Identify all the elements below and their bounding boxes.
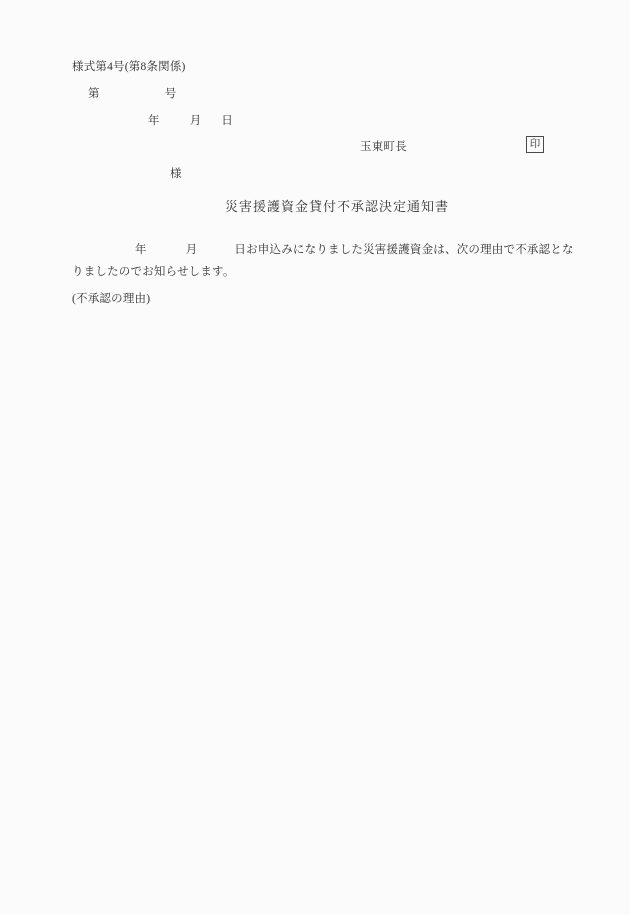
body-paragraph: 年月日お申込みになりました災害援護資金は、次の理由で不承認とな りましたのでお知… [72, 239, 572, 283]
issuer-name: 玉東町長 [360, 138, 407, 154]
date-month-blank [160, 123, 190, 124]
seal-stamp: 印 [526, 136, 544, 153]
addressee-line: 様 [170, 165, 572, 181]
doc-number-blank [100, 96, 165, 97]
body-day-blank [197, 252, 234, 253]
body-text-1: お申込みになりました災害援護資金は、次の理由で不承認とな [246, 244, 574, 256]
body-line-2: りましたのでお知らせします。 [72, 261, 572, 283]
body-month-label: 月 [186, 244, 198, 256]
doc-number-prefix: 第 [88, 88, 100, 100]
document-page: 様式第4号(第8条関係) 第号 年月日 玉東町長 印 様 災害援護資金貸付不承認… [0, 0, 630, 915]
body-day-label: 日 [234, 244, 246, 256]
date-line: 年月日 [148, 112, 572, 128]
date-day-blank [201, 123, 221, 124]
form-number: 様式第4号(第8条関係) [72, 58, 572, 74]
document-title: 災害援護資金貸付不承認決定通知書 [72, 196, 572, 215]
issuer-line: 玉東町長 印 [72, 136, 572, 156]
date-year-label: 年 [148, 115, 160, 127]
doc-number-line: 第号 [88, 85, 572, 101]
reason-label: (不承認の理由) [72, 290, 572, 306]
doc-number-suffix: 号 [165, 88, 177, 100]
body-year-label: 年 [135, 244, 147, 256]
body-month-blank [147, 252, 186, 253]
date-month-label: 月 [190, 115, 202, 127]
date-day-label: 日 [221, 115, 233, 127]
addressee-honorific: 様 [170, 168, 182, 180]
body-line-1: 年月日お申込みになりました災害援護資金は、次の理由で不承認とな [135, 239, 572, 261]
